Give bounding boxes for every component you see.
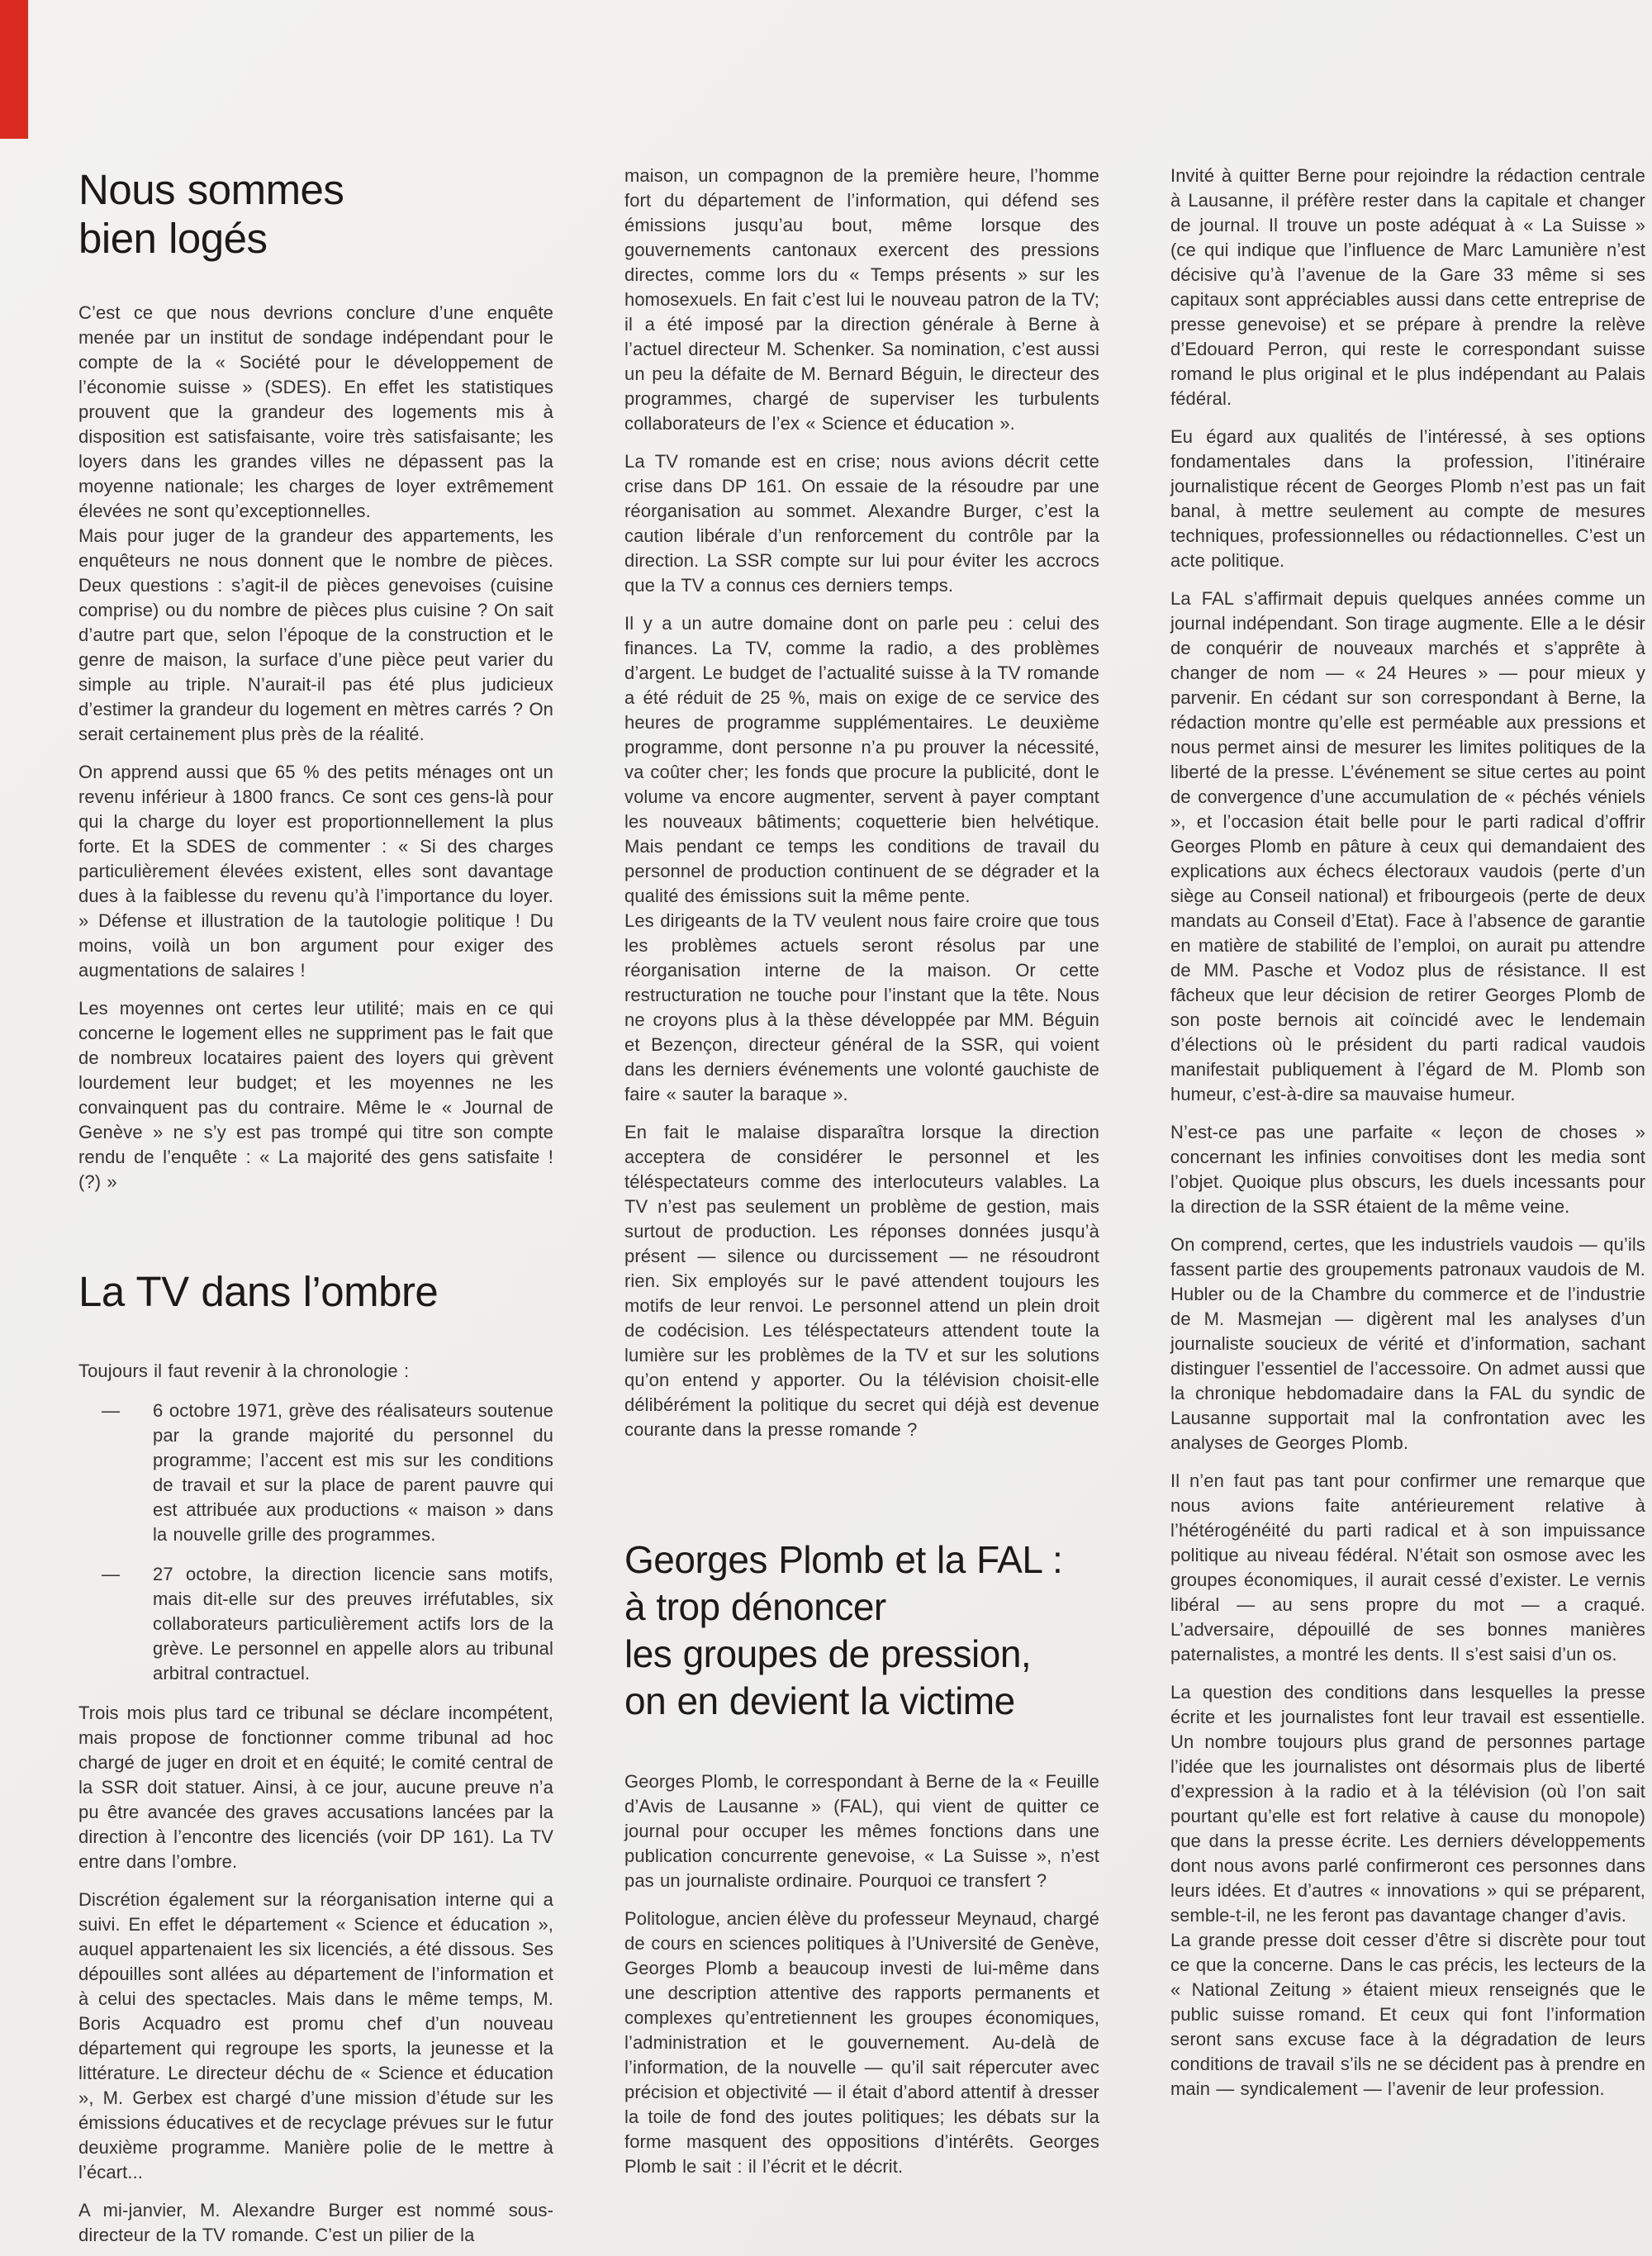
- article-title-housing: Nous sommesbien logés: [78, 165, 553, 263]
- article-title-housing-line2: bien logés: [78, 215, 268, 262]
- paragraph-midjanuary: A mi-janvier, M. Alexandre Burger est no…: [78, 2198, 553, 2248]
- article-title-plomb-line2: à trop dénoncer: [624, 1585, 886, 1628]
- paragraph-remarque: Il n’en faut pas tant pour confirmer une…: [1170, 1469, 1645, 1667]
- paragraph-malaise: En fait le malaise disparaîtra lorsque l…: [624, 1120, 1099, 1442]
- paragraph-question: La question des conditions dans lesquell…: [1170, 1680, 1645, 1928]
- chronology-item-october27: — 27 octobre, la direction licencie sans…: [78, 1562, 553, 1686]
- paragraph-averages: Les moyennes ont certes leur utilité; ma…: [78, 996, 553, 1194]
- scanned-newspaper-page: Nous sommesbien logés C’est ce que nous …: [0, 0, 1652, 2256]
- chronology-item-october6-text: 6 octobre 1971, grève des réalisateurs s…: [153, 1400, 553, 1545]
- article-title-plomb-line1: Georges Plomb et la FAL :: [624, 1538, 1062, 1581]
- paragraph-fal: La FAL s’affirmait depuis quelques année…: [1170, 587, 1645, 1107]
- paragraph-politologue: Politologue, ancien élève du professeur …: [624, 1907, 1099, 2179]
- dash-marker: —: [102, 1562, 120, 1587]
- column-left: Nous sommesbien logés C’est ce que nous …: [78, 164, 553, 2256]
- article-columns: Nous sommesbien logés C’est ce que nous …: [78, 164, 1645, 2256]
- paragraph-plomb-intro: Georges Plomb, le correspondant à Berne …: [624, 1769, 1099, 1893]
- article-title-housing-line1: Nous sommes: [78, 166, 344, 213]
- paragraph-egard: Eu égard aux qualités de l’intéressé, à …: [1170, 425, 1645, 573]
- article-title-plomb-line4: on en devient la victime: [624, 1679, 1015, 1722]
- paragraph-dirigeants: Les dirigeants de la TV veulent nous fai…: [624, 909, 1099, 1107]
- paragraph-maison: maison, un compagnon de la première heur…: [624, 164, 1099, 436]
- paragraph-invite: Invité à quitter Berne pour rejoindre la…: [1170, 164, 1645, 411]
- article-title-plomb-line3: les groupes de pression,: [624, 1632, 1031, 1675]
- article-title-plomb: Georges Plomb et la FAL :à trop dénoncer…: [624, 1536, 1099, 1725]
- red-corner-mark: [0, 0, 28, 139]
- paragraph-income: On apprend aussi que 65 % des petits mén…: [78, 760, 553, 983]
- chronology-item-october27-text: 27 octobre, la direction licencie sans m…: [153, 1564, 553, 1684]
- paragraph-industriels: On comprend, certes, que les industriels…: [1170, 1232, 1645, 1456]
- column-middle: maison, un compagnon de la première heur…: [624, 164, 1099, 2256]
- article-title-tv: La TV dans l’ombre: [78, 1267, 553, 1316]
- paragraph-crisis: La TV romande est en crise; nous avions …: [624, 449, 1099, 598]
- paragraph-finances: Il y a un autre domaine dont on parle pe…: [624, 611, 1099, 909]
- paragraph-survey: C’est ce que nous devrions conclure d’un…: [78, 301, 553, 524]
- paragraph-rooms: Mais pour juger de la grandeur des appar…: [78, 524, 553, 747]
- paragraph-discretion: Discrétion également sur la réorganisati…: [78, 1888, 553, 2185]
- paragraph-lecon: N’est-ce pas une parfaite « leçon de cho…: [1170, 1120, 1645, 1219]
- dash-marker: —: [102, 1399, 120, 1423]
- paragraph-chronology-intro: Toujours il faut revenir à la chronologi…: [78, 1359, 553, 1384]
- paragraph-grande-presse: La grande presse doit cesser d’être si d…: [1170, 1928, 1645, 2102]
- paragraph-tribunal: Trois mois plus tard ce tribunal se décl…: [78, 1701, 553, 1874]
- column-right: Invité à quitter Berne pour rejoindre la…: [1170, 164, 1645, 2256]
- chronology-item-october6: — 6 octobre 1971, grève des réalisateurs…: [78, 1399, 553, 1547]
